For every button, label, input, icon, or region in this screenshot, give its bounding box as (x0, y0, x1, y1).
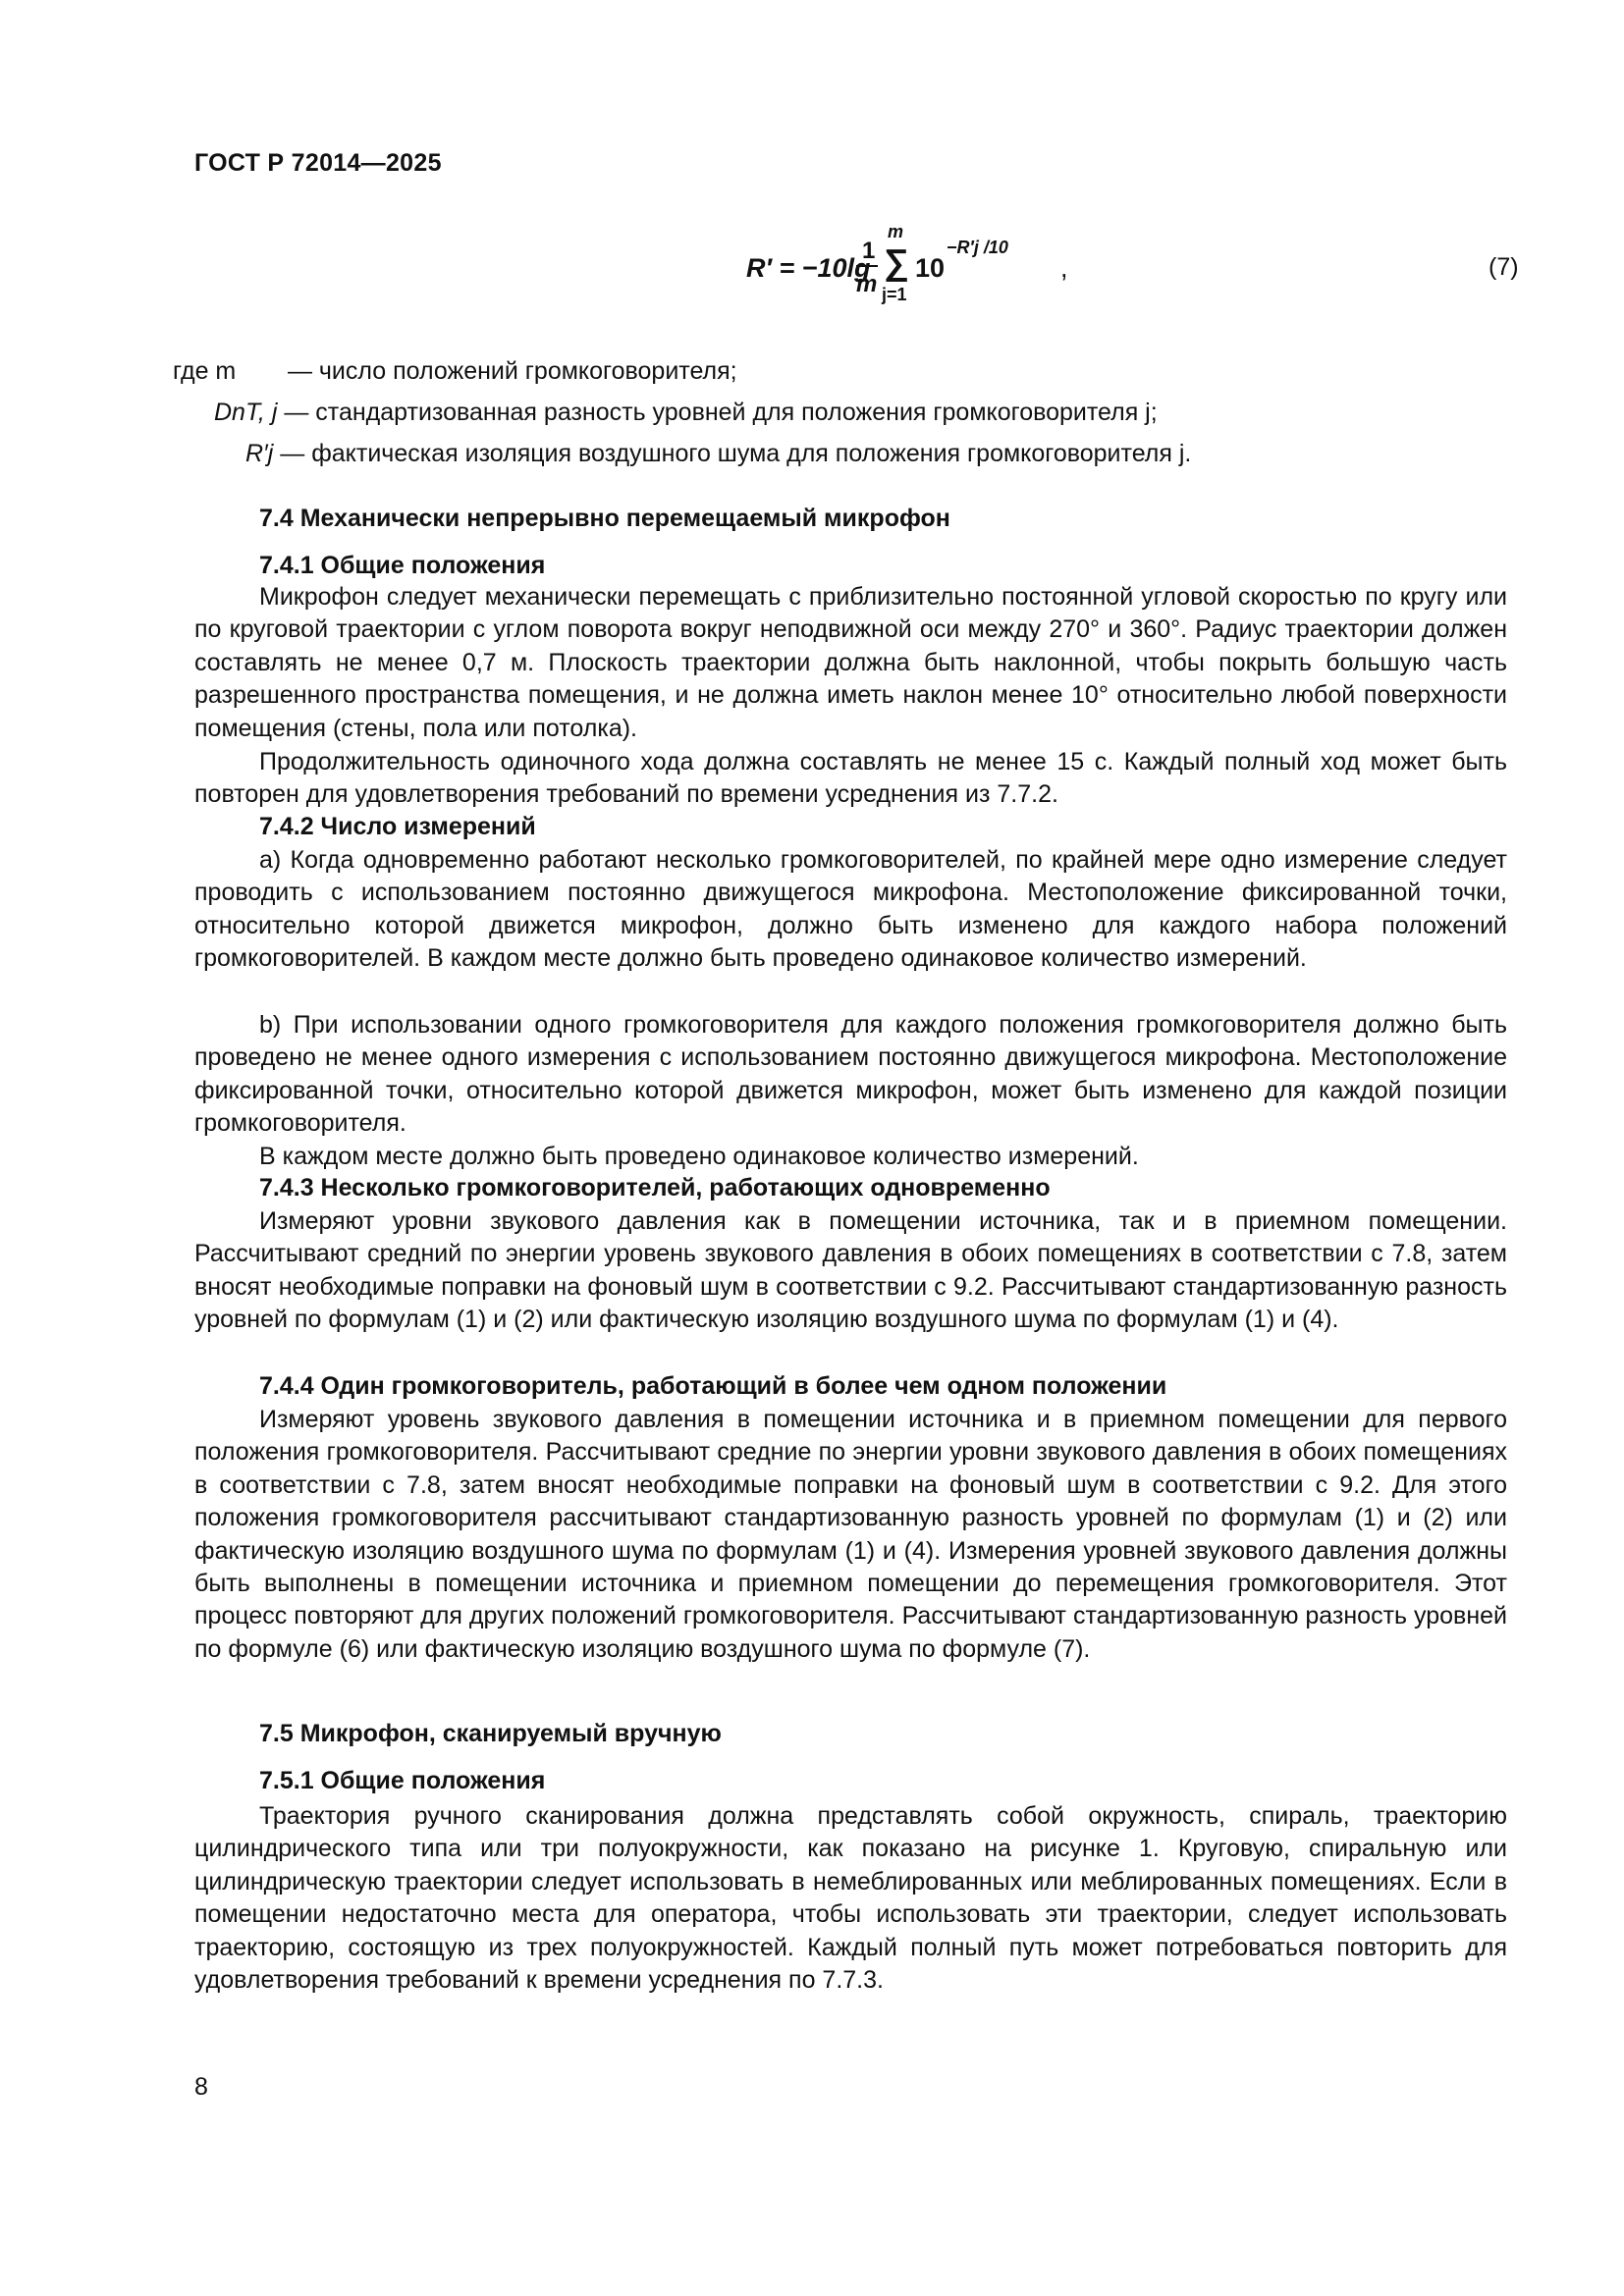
formula-base: 10 (915, 253, 945, 284)
paragraph-7-4-3: Измеряют уровни звукового давления как в… (194, 1205, 1507, 1337)
paragraph-7-4-2-c: В каждом месте должно быть проведено оди… (194, 1141, 1507, 1173)
where-text: — стандартизованная разность уровней для… (284, 399, 1157, 426)
section-heading-7-4-4: 7.4.4 Один громкоговоритель, работающий … (259, 1372, 1166, 1401)
where-symbol: DnT, j (214, 399, 277, 426)
where-symbol: R′j (245, 440, 273, 467)
section-heading-7-5: 7.5 Микрофон, сканируемый вручную (259, 1720, 722, 1748)
where-line-m: где m — число положений громкоговорителя… (173, 357, 737, 386)
paragraph-7-4-2-a: a) Когда одновременно работают несколько… (194, 844, 1507, 976)
formula-frac-num: 1 (862, 238, 875, 265)
equation-number: (7) (1489, 253, 1519, 282)
formula-sum-bottom: j=1 (882, 285, 907, 305)
paragraph-7-4-4: Измеряют уровень звукового давления в по… (194, 1404, 1507, 1666)
page-number: 8 (194, 2073, 208, 2102)
formula-sum-top: m (888, 222, 903, 242)
section-heading-7-5-1: 7.5.1 Общие положения (259, 1767, 545, 1795)
document-id-header: ГОСТ Р 72014—2025 (194, 149, 442, 178)
section-heading-7-4-3: 7.4.3 Несколько громкоговорителей, работ… (259, 1174, 1051, 1202)
where-line-rj: R′j — фактическая изоляция воздушного шу… (245, 440, 1191, 468)
where-line-dnt: DnT, j — стандартизованная разность уров… (214, 399, 1158, 427)
paragraph-7-4-2-b: b) При использовании одного громкоговори… (194, 1009, 1507, 1141)
formula-comma: , (1060, 253, 1068, 284)
where-symbol: где m (173, 357, 281, 386)
formula-lhs: R′ = −10lg (746, 253, 871, 284)
formula-frac-bar (856, 265, 878, 267)
paragraph-7-4-1-b: Продолжительность одиночного хода должна… (194, 746, 1507, 812)
section-heading-7-4: 7.4 Механически непрерывно перемещаемый … (259, 505, 950, 533)
section-heading-7-4-1: 7.4.1 Общие положения (259, 552, 545, 580)
formula-sum-symbol: ∑ (884, 241, 909, 283)
section-heading-7-4-2: 7.4.2 Число измерений (259, 813, 536, 841)
paragraph-7-4-1-a: Микрофон следует механически перемещать … (194, 581, 1507, 745)
formula-frac-den: m (856, 271, 877, 298)
where-text: — число положений громкоговорителя; (288, 357, 737, 385)
where-text: — фактическая изоляция воздушного шума д… (280, 440, 1191, 467)
paragraph-7-5-1: Траектория ручного сканирования должна п… (194, 1800, 1507, 1997)
formula-exponent: −R′j /10 (947, 238, 1008, 258)
